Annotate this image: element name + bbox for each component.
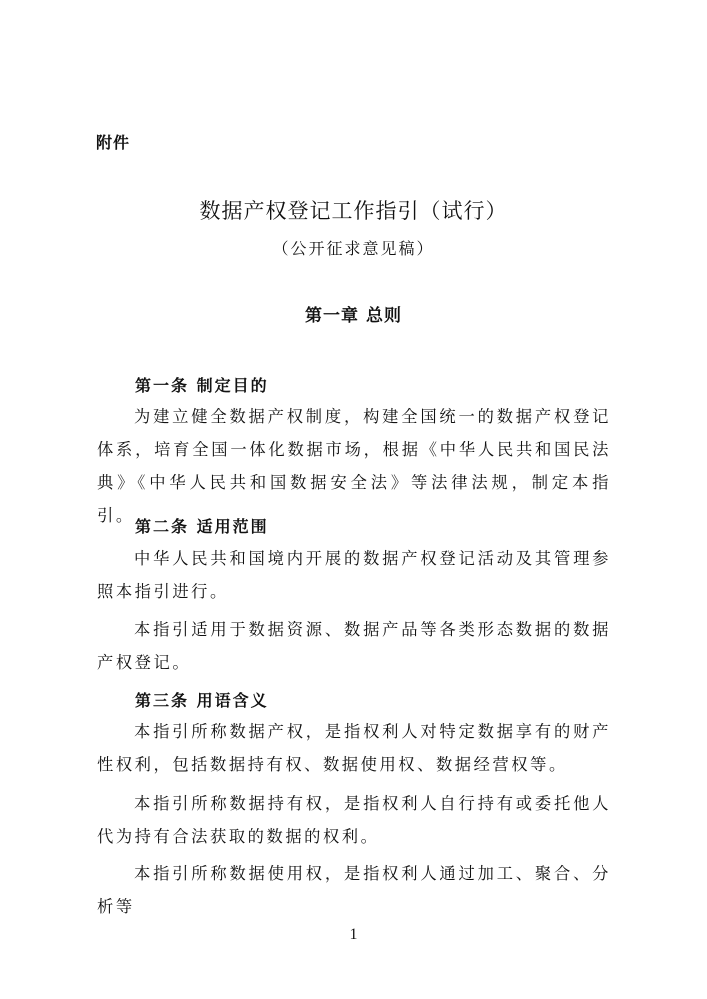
article-1-heading: 第一条 制定目的 xyxy=(135,373,269,396)
article-3-paragraph-3: 本指引所称数据使用权，是指权利人通过加工、聚合、分析等 xyxy=(97,857,611,923)
document-page: 附件 数据产权登记工作指引（试行） （公开征求意见稿） 第一章 总则 第一条 制… xyxy=(0,0,707,999)
chapter-heading: 第一章 总则 xyxy=(0,301,707,326)
article-3-paragraph-2: 本指引所称数据持有权，是指权利人自行持有或委托他人代为持有合法获取的数据的权利。 xyxy=(97,787,611,853)
article-2-heading: 第二条 适用范围 xyxy=(135,514,269,537)
article-3-heading: 第三条 用语含义 xyxy=(135,688,269,711)
attachment-label: 附件 xyxy=(96,130,130,153)
article-1-paragraph-1: 为建立健全数据产权制度，构建全国统一的数据产权登记体系，培育全国一体化数据市场，… xyxy=(97,400,611,532)
article-2-paragraph-1: 中华人民共和国境内开展的数据产权登记活动及其管理参照本指引进行。 xyxy=(97,542,611,608)
page-number: 1 xyxy=(0,926,707,944)
document-title: 数据产权登记工作指引（试行） xyxy=(0,195,707,225)
document-subtitle: （公开征求意见稿） xyxy=(0,236,707,259)
article-2-paragraph-2: 本指引适用于数据资源、数据产品等各类形态数据的数据产权登记。 xyxy=(97,613,611,679)
article-3-paragraph-1: 本指引所称数据产权，是指权利人对特定数据享有的财产性权利，包括数据持有权、数据使… xyxy=(97,715,611,781)
